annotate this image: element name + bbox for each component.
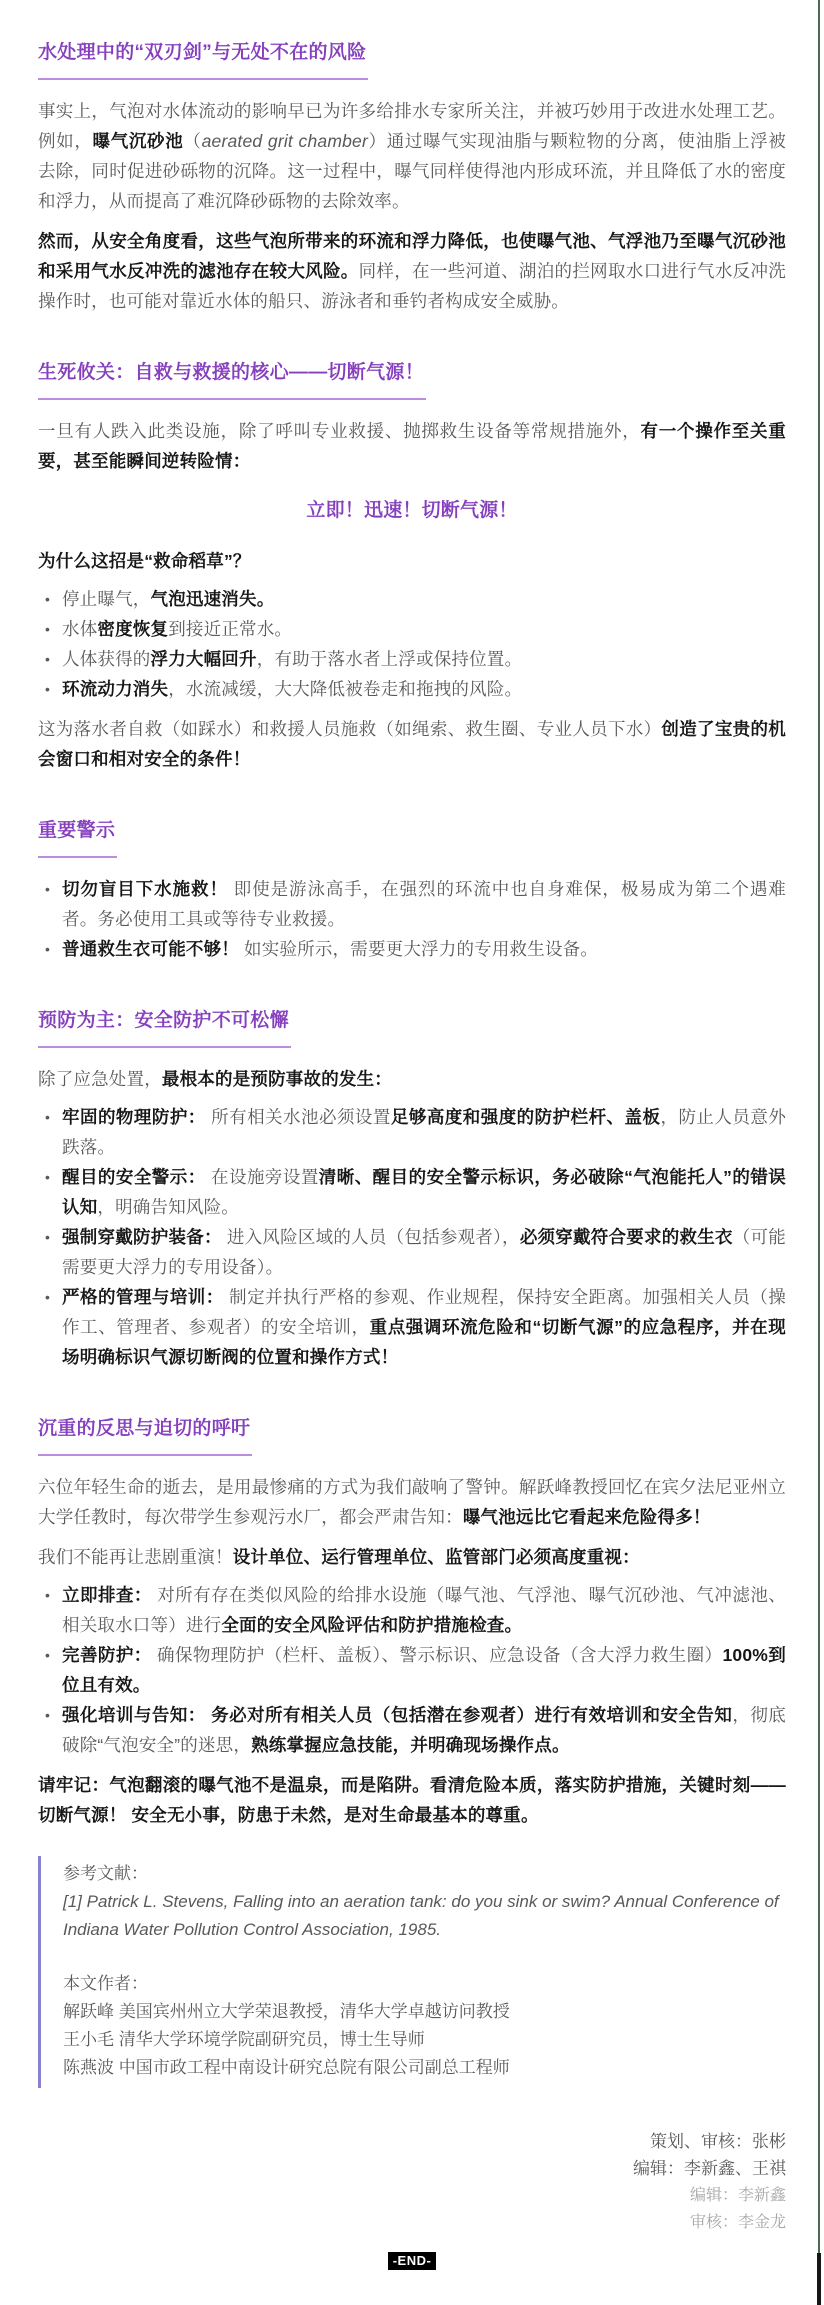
bullet-icon: • — [45, 614, 50, 644]
article-page: 水处理中的“双刃剑”与无处不在的风险事实上，气泡对水体流动的影响早已为许多给排水… — [0, 0, 824, 2305]
paragraph: 我们不能再让悲剧重演！设计单位、运行管理单位、监管部门必须高度重视： — [38, 1542, 786, 1572]
scrollbar-thumb[interactable] — [817, 2253, 821, 2305]
bullet-item: •牢固的物理防护： 所有相关水池必须设置足够高度和强度的防护栏杆、盖板，防止人员… — [38, 1102, 786, 1162]
italic-text: aerated grit chamber — [202, 131, 368, 151]
section-heading-risk: 水处理中的“双刃剑”与无处不在的风险 — [38, 40, 368, 80]
bullet-icon: • — [45, 584, 50, 614]
paragraph: 事实上，气泡对水体流动的影响早已为许多给排水专家所关注，并被巧妙用于改进水处理工… — [38, 96, 786, 216]
bold-text: 熟练掌握应急技能，并明确现场操作点。 — [251, 1735, 570, 1755]
bold-text: 醒目的安全警示： — [62, 1167, 206, 1187]
paragraph: 然而，从安全角度看，这些气泡所带来的环流和浮力降低，也使曝气池、气浮池乃至曝气沉… — [38, 226, 786, 316]
text-run: （ — [183, 131, 201, 151]
bold-text: 最根本的是预防事故的发生： — [162, 1069, 392, 1089]
bullet-icon: • — [45, 1162, 50, 1192]
bullet-icon: • — [45, 1282, 50, 1312]
slogan: 立即！迅速！切断气源！ — [38, 496, 786, 526]
credit-producer: 策划、审核：张彬 — [38, 2128, 786, 2155]
text-run: 确保物理防护（栏杆、盖板）、警示标识、应急设备（含大浮力救生圈） — [152, 1645, 723, 1665]
text-run: 在设施旁设置 — [206, 1167, 319, 1187]
bullet-item: •停止曝气，气泡迅速消失。 — [38, 584, 786, 614]
credits: 策划、审核：张彬编辑：李新鑫、王祺编辑：李新鑫审核：李金龙 — [38, 2128, 786, 2236]
author-2: 王小毛 清华大学环境学院副研究员，博士生导师 — [63, 2026, 786, 2054]
bold-text: 足够高度和强度的防护栏杆、盖板 — [391, 1107, 661, 1127]
bullet-icon: • — [45, 1700, 50, 1730]
bold-text: 强制穿戴防护装备： — [62, 1227, 222, 1247]
text-run: 所有相关水池必须设置 — [206, 1107, 391, 1127]
bold-text: 密度恢复 — [97, 619, 168, 639]
bullet-icon: • — [45, 1640, 50, 1670]
author-3: 陈燕波 中国市政工程中南设计研究总院有限公司副总工程师 — [63, 2054, 786, 2082]
bold-text: 环流动力消失 — [62, 679, 168, 699]
bold-text: 设计单位、运行管理单位、监管部门必须高度重视： — [233, 1547, 640, 1567]
bullet-item: •普通救生衣可能不够！ 如实验所示，需要更大浮力的专用救生设备。 — [38, 934, 786, 964]
bullet-item: •人体获得的浮力大幅回升，有助于落水者上浮或保持位置。 — [38, 644, 786, 674]
section-heading-prevention: 预防为主：安全防护不可松懈 — [38, 1008, 291, 1048]
bullet-icon: • — [45, 1580, 50, 1610]
section-heading-rescue: 生死攸关：自救与救援的核心——切断气源！ — [38, 360, 426, 400]
bullet-item: •完善防护： 确保物理防护（栏杆、盖板）、警示标识、应急设备（含大浮力救生圈）1… — [38, 1640, 786, 1700]
text-run: ，水流减缓，大大降低被卷走和拖拽的风险。 — [168, 679, 522, 699]
bullet-list: •立即排查： 对所有存在类似风险的给排水设施（曝气池、气浮池、曝气沉砂池、气冲滤… — [38, 1580, 786, 1760]
bullet-list: •牢固的物理防护： 所有相关水池必须设置足够高度和强度的防护栏杆、盖板，防止人员… — [38, 1102, 786, 1372]
bullet-icon: • — [45, 1102, 50, 1132]
bullet-list: •切勿盲目下水施救！ 即使是游泳高手，在强烈的环流中也自身难保，极易成为第二个遇… — [38, 874, 786, 964]
credit-editor-2: 编辑：李新鑫 — [38, 2182, 786, 2209]
bullet-item: •严格的管理与培训： 制定并执行严格的参观、作业规程，保持安全距离。加强相关人员… — [38, 1282, 786, 1372]
paragraph: 这为落水者自救（如踩水）和救援人员施救（如绳索、救生圈、专业人员下水）创造了宝贵… — [38, 714, 786, 774]
bold-text: 浮力大幅回升 — [151, 649, 257, 669]
bullet-icon: • — [45, 934, 50, 964]
bullet-item: •强制穿戴防护装备： 进入风险区域的人员（包括参观者），必须穿戴符合要求的救生衣… — [38, 1222, 786, 1282]
section-heading-warning: 重要警示 — [38, 818, 117, 858]
bold-text: 曝气沉砂池 — [93, 131, 184, 151]
bold-text: 普通救生衣可能不够！ — [62, 939, 239, 959]
page-right-border — [818, 0, 820, 2305]
bold-text: 全面的安全风险评估和防护措施检查。 — [221, 1615, 522, 1635]
bullet-item: •强化培训与告知： 务必对所有相关人员（包括潜在参观者）进行有效培训和安全告知，… — [38, 1700, 786, 1760]
ref-label: 参考文献： — [63, 1860, 786, 1888]
end-badge: -END- — [388, 2252, 437, 2270]
bold-text: 立即排查： — [62, 1585, 152, 1605]
ref-citation: [1] Patrick L. Stevens, Falling into an … — [63, 1888, 786, 1944]
credit-reviewer: 审核：李金龙 — [38, 2209, 786, 2236]
section-heading-reflection: 沉重的反思与迫切的呼吁 — [38, 1416, 252, 1456]
bold-text: 请牢记：气泡翻滚的曝气池不是温泉，而是陷阱。看清危险本质，落实防护措施，关键时刻… — [38, 1775, 786, 1825]
text-run: ，明确告知风险。 — [97, 1197, 239, 1217]
bold-text: 强化培训与告知： — [62, 1705, 206, 1725]
text-run: 进入风险区域的人员（包括参观者）， — [222, 1227, 520, 1247]
bullet-item: •切勿盲目下水施救！ 即使是游泳高手，在强烈的环流中也自身难保，极易成为第二个遇… — [38, 874, 786, 934]
bullet-item: •水体密度恢复到接近正常水。 — [38, 614, 786, 644]
text-run: ，有助于落水者上浮或保持位置。 — [257, 649, 523, 669]
text-run: 到接近正常水。 — [168, 619, 292, 639]
paragraph: 六位年轻生命的逝去，是用最惨痛的方式为我们敲响了警钟。解跃峰教授回忆在宾夕法尼亚… — [38, 1472, 786, 1532]
text-run: 除了应急处置， — [38, 1069, 162, 1089]
bullet-icon: • — [45, 674, 50, 704]
paragraph: 除了应急处置，最根本的是预防事故的发生： — [38, 1064, 786, 1094]
text-run: 这为落水者自救（如踩水）和救援人员施救（如绳索、救生圈、专业人员下水） — [38, 719, 661, 739]
bold-text: 切勿盲目下水施救！ — [62, 879, 228, 899]
text-run: 停止曝气， — [62, 589, 151, 609]
bold-text: 务必对所有相关人员（包括潜在参观者）进行有效培训和安全告知 — [211, 1705, 732, 1725]
bullet-icon: • — [45, 1222, 50, 1252]
text-run: 人体获得的 — [62, 649, 151, 669]
bullet-item: •立即排查： 对所有存在类似风险的给排水设施（曝气池、气浮池、曝气沉砂池、气冲滤… — [38, 1580, 786, 1640]
bullet-item: •环流动力消失，水流减缓，大大降低被卷走和拖拽的风险。 — [38, 674, 786, 704]
paragraph: 请牢记：气泡翻滚的曝气池不是温泉，而是陷阱。看清危险本质，落实防护措施，关键时刻… — [38, 1770, 786, 1830]
bold-text: 严格的管理与培训： — [62, 1287, 224, 1307]
text-run: 我们不能再让悲剧重演！ — [38, 1547, 233, 1567]
reference-block: 参考文献：[1] Patrick L. Stevens, Falling int… — [38, 1856, 786, 2088]
bold-text: 气泡迅速消失。 — [151, 589, 275, 609]
text-run: 一旦有人跌入此类设施，除了呼叫专业救援、抛掷救生设备等常规措施外， — [38, 421, 640, 441]
author-1: 解跃峰 美国宾州州立大学荣退教授，清华大学卓越访问教授 — [63, 1998, 786, 2026]
bold-text: 牢固的物理防护： — [62, 1107, 206, 1127]
bullet-icon: • — [45, 644, 50, 674]
text-run: 如实验所示，需要更大浮力的专用救生设备。 — [239, 939, 598, 959]
paragraph: 为什么这招是“救命稻草”？ — [38, 546, 786, 576]
authors-label: 本文作者： — [63, 1970, 786, 1998]
article-content: 水处理中的“双刃剑”与无处不在的风险事实上，气泡对水体流动的影响早已为许多给排水… — [38, 40, 786, 2270]
bold-text: 必须穿戴符合要求的救生衣 — [520, 1227, 733, 1247]
bullet-list: •停止曝气，气泡迅速消失。•水体密度恢复到接近正常水。•人体获得的浮力大幅回升，… — [38, 584, 786, 704]
paragraph: 一旦有人跌入此类设施，除了呼叫专业救援、抛掷救生设备等常规措施外，有一个操作至关… — [38, 416, 786, 476]
credit-editors: 编辑：李新鑫、王祺 — [38, 2155, 786, 2182]
bold-text: 曝气池远比它看起来危险得多！ — [463, 1507, 711, 1527]
text-run: 水体 — [62, 619, 97, 639]
bold-text: 为什么这招是“救命稻草”？ — [38, 551, 251, 571]
bullet-icon: • — [45, 874, 50, 904]
bold-text: 完善防护： — [62, 1645, 152, 1665]
bullet-item: •醒目的安全警示： 在设施旁设置清晰、醒目的安全警示标识，务必破除“气泡能托人”… — [38, 1162, 786, 1222]
end-divider: -END- — [38, 2252, 786, 2270]
